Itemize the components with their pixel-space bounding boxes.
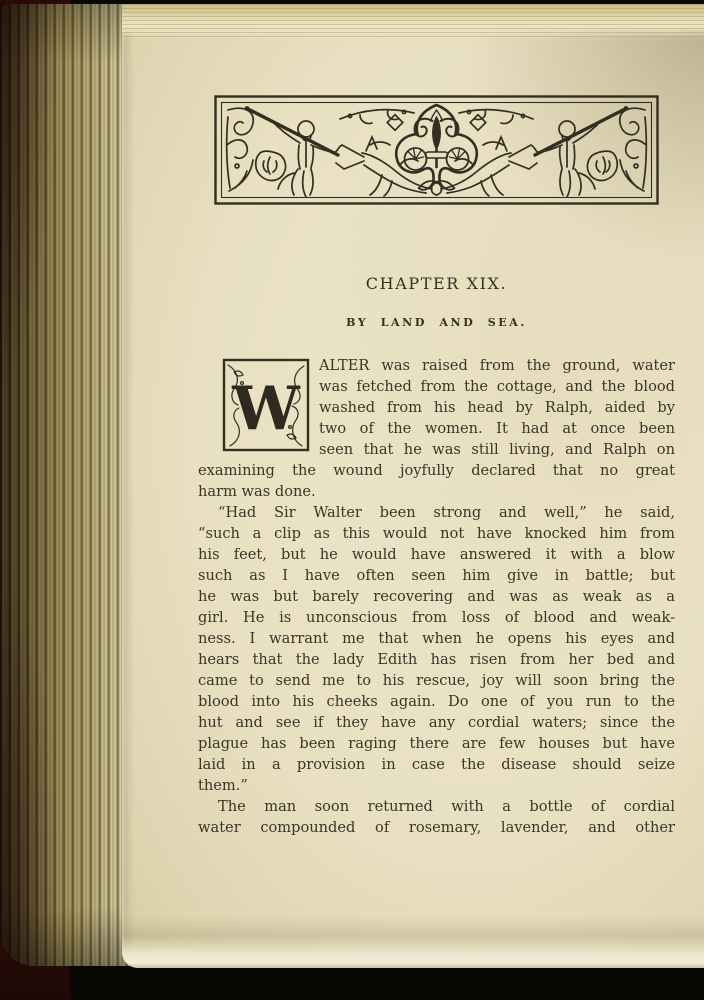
scanned-book-photo: CHAPTER XIX. BY LAND AND SEA. <box>0 0 704 1000</box>
text-line: them.” <box>198 775 675 796</box>
text-line: he was but barely recovering and was as … <box>198 586 675 607</box>
text-line: The man soon returned with a bottle of c… <box>198 796 675 817</box>
page-top-edge-band <box>122 4 704 40</box>
text-line: plague has been raging there are few hou… <box>198 733 675 754</box>
paragraph-1-beside-lines: ALTER was raised from the ground, waterw… <box>319 355 675 460</box>
book-page: CHAPTER XIX. BY LAND AND SEA. <box>122 4 704 968</box>
text-line: hears that the lady Edith has risen from… <box>198 649 675 670</box>
text-line: came to send me to his rescue, joy will … <box>198 670 675 691</box>
chapter-title: CHAPTER XIX. <box>198 274 675 293</box>
text-line: examining the wound joyfully declared th… <box>198 460 675 481</box>
drop-cap-icon: W <box>222 358 310 452</box>
page-edge-stack <box>0 4 142 966</box>
text-line: washed from his head by Ralph, aided by <box>319 397 675 418</box>
text-line: was fetched from the cottage, and the bl… <box>319 376 675 397</box>
body-text: W ALTER was raised from the ground, wate… <box>198 358 675 838</box>
text-line: blood into his cheeks again. Do one of y… <box>198 691 675 712</box>
text-line: such as I have often seen him give in ba… <box>198 565 675 586</box>
text-line: two of the women. It had at once been <box>319 418 675 439</box>
text-line: hut and see if they have any cordial wat… <box>198 712 675 733</box>
text-line: “Had Sir Walter been strong and well,” h… <box>198 502 675 523</box>
text-line: girl. He is unconscious from loss of blo… <box>198 607 675 628</box>
text-line: his feet, but he would have answered it … <box>198 544 675 565</box>
text-line: ALTER was raised from the ground, water <box>319 355 675 376</box>
text-line: “such a clip as this would not have knoc… <box>198 523 675 544</box>
page-bottom-edge-band <box>122 916 704 968</box>
headpiece-ornament-icon <box>198 95 675 205</box>
text-line: water compounded of rosemary, lavender, … <box>198 817 675 838</box>
drop-cap-letter: W <box>231 374 301 444</box>
paragraph-2: “Had Sir Walter been strong and well,” h… <box>198 502 675 796</box>
section-title: BY LAND AND SEA. <box>198 316 675 329</box>
text-line: laid in a provision in case the disease … <box>198 754 675 775</box>
text-line: ness. I warrant me that when he opens hi… <box>198 628 675 649</box>
text-line: harm was done. <box>198 481 675 502</box>
paragraph-3: The man soon returned with a bottle of c… <box>198 796 675 838</box>
paragraph-1-dropcap-row: W ALTER was raised from the ground, wate… <box>198 358 675 460</box>
text-line: seen that he was still living, and Ralph… <box>319 439 675 460</box>
paragraph-1-full-lines: examining the wound joyfully declared th… <box>198 460 675 502</box>
